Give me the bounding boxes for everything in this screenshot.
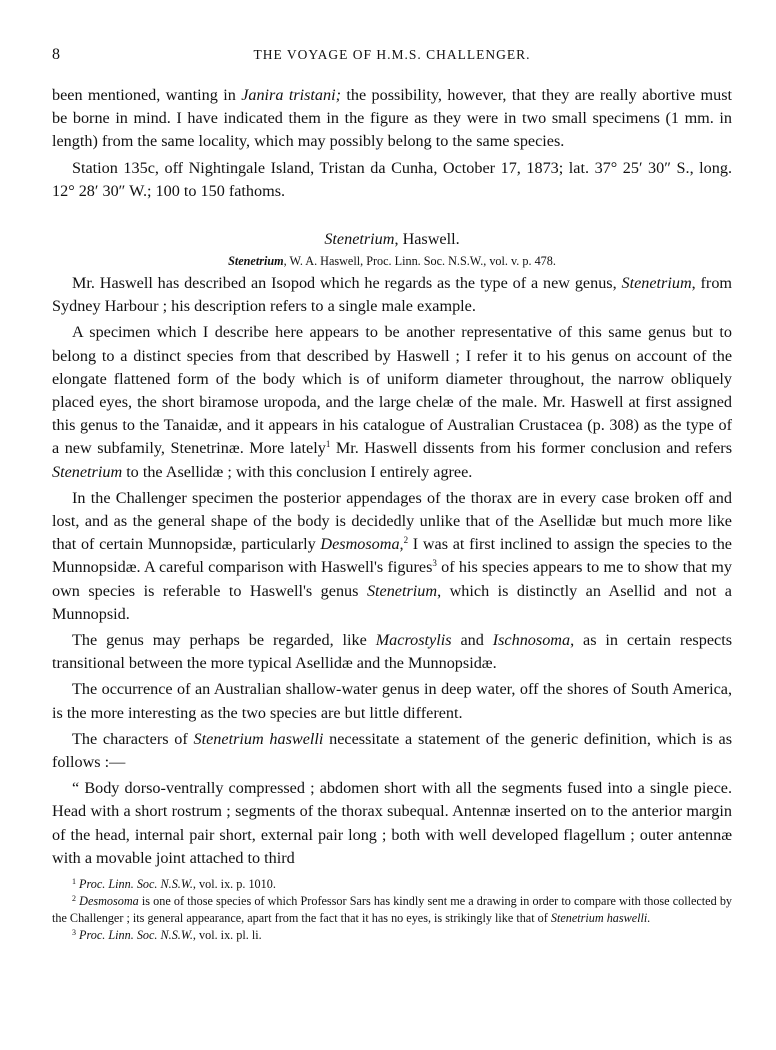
text: The genus may perhaps be regarded, like	[72, 631, 376, 649]
footnotes: 1 Proc. Linn. Soc. N.S.W., vol. ix. p. 1…	[52, 876, 732, 944]
running-title: THE VOYAGE OF H.M.S. CHALLENGER.	[52, 47, 732, 63]
paragraph: In the Challenger specimen the posterior…	[52, 487, 732, 626]
paragraph: A specimen which I describe here appears…	[52, 321, 732, 483]
footnote-3: 3 Proc. Linn. Soc. N.S.W., vol. ix. pl. …	[52, 927, 732, 944]
citation: , vol. ix. p. 1010.	[193, 877, 276, 891]
genus-name: Stenetrium	[622, 274, 692, 292]
journal-title: Proc. Linn. Soc. N.S.W.	[79, 928, 193, 942]
species-name: Janira tristani;	[241, 86, 341, 104]
species-name: Stenetrium haswelli	[194, 730, 324, 748]
genus-name: Stenetrium	[52, 463, 122, 481]
paragraph: The genus may perhaps be regarded, like …	[52, 629, 732, 675]
genus-name: Stenetrium	[367, 582, 437, 600]
citation: , vol. ix. pl. li.	[193, 928, 262, 942]
text: and	[452, 631, 493, 649]
journal-title: Proc. Linn. Soc. N.S.W.	[79, 877, 193, 891]
running-head: 8 THE VOYAGE OF H.M.S. CHALLENGER.	[52, 46, 732, 66]
citation: , W. A. Haswell, Proc. Linn. Soc. N.S.W.…	[284, 254, 556, 268]
paragraph: The occurrence of an Australian shallow-…	[52, 678, 732, 724]
footnote-mark: 2	[72, 894, 76, 903]
text: Mr. Haswell dissents from his former con…	[330, 439, 732, 457]
text: to the Asellidæ ; with this conclusion I…	[122, 463, 472, 481]
section-heading: Stenetrium, Haswell.	[52, 229, 732, 249]
genus-name: Macrostylis	[376, 631, 452, 649]
paragraph-quotation: “ Body dorso-ventrally compressed ; abdo…	[52, 777, 732, 870]
text: The characters of	[72, 730, 194, 748]
text: Mr. Haswell has described an Isopod whic…	[72, 274, 622, 292]
footnote-mark: 3	[72, 928, 76, 937]
species-name: Stenetrium haswelli.	[551, 911, 651, 925]
section-reference: Stenetrium, W. A. Haswell, Proc. Linn. S…	[52, 252, 732, 270]
paragraph: The characters of Stenetrium haswelli ne…	[52, 728, 732, 774]
genus-name: Stenetrium	[324, 230, 394, 248]
genus-name: Ischnosoma	[493, 631, 570, 649]
genus-name: Desmosoma	[79, 894, 139, 908]
author: , Haswell.	[394, 230, 459, 248]
paragraph: Mr. Haswell has described an Isopod whic…	[52, 272, 732, 318]
footnote-1: 1 Proc. Linn. Soc. N.S.W., vol. ix. p. 1…	[52, 876, 732, 893]
genus-name: Desmosoma,	[320, 535, 403, 553]
paragraph-station: Station 135c, off Nightingale Island, Tr…	[52, 157, 732, 203]
paragraph-continuation: been mentioned, wanting in Janira trista…	[52, 84, 732, 154]
footnote-mark: 1	[72, 877, 76, 886]
text: been mentioned, wanting in	[52, 86, 241, 104]
text: A specimen which I describe here appears…	[52, 323, 732, 457]
footnote-2: 2 Desmosoma is one of those species of w…	[52, 893, 732, 927]
genus-name: Stenetrium	[228, 254, 284, 268]
body-text: been mentioned, wanting in Janira trista…	[52, 84, 732, 944]
